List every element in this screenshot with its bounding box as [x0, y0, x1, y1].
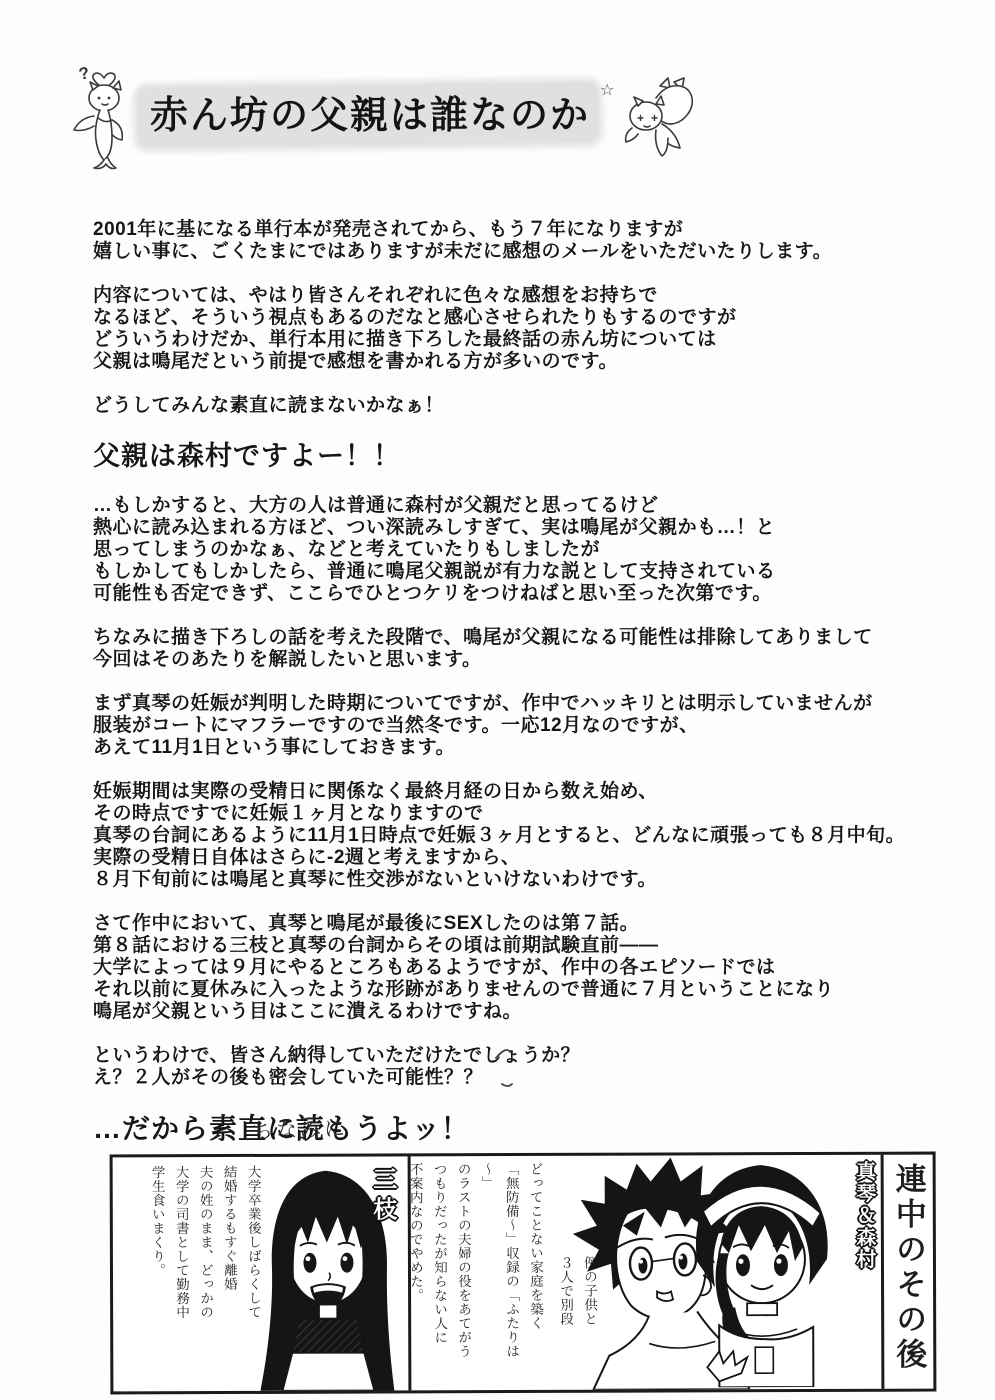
paragraph-timing: まず真琴の妊娠が判明した時期についてですが、作中でハッキリとは明示していませんが… — [93, 693, 973, 759]
page-title: 赤ん坊の父親は誰なのか — [150, 90, 610, 142]
lead-in-line: どうしてみんな素直に読まないかなぁ！ — [93, 395, 973, 417]
paragraph-conclusion: というわけで、皆さん納得していただけたでしょうか？ え？２人がその後も密会してい… — [93, 1045, 973, 1089]
saegusa-label: 三枝 — [365, 1166, 400, 1226]
closing-line: …だから素直に読もうよッ！ — [93, 1111, 973, 1147]
afterward-title-strip: 連中のその後 — [881, 1155, 934, 1389]
cupid-cat-left-icon — [64, 72, 140, 170]
saegusa-note: 大学卒業後しばらくして 結婚するもすぐ離婚 夫の姓のまま、どっかの 大学の司書と… — [119, 1165, 266, 1380]
cupid-cat-right-icon — [616, 76, 696, 172]
paragraph-premise: ちなみに描き下ろしの話を考えた段階で、鳴尾が父親になる可能性は排除してありまして… — [93, 627, 973, 671]
strip-title: 連中のその後 — [886, 1163, 932, 1373]
star-icon: ☆ — [600, 80, 614, 100]
bonus-comic-panel: 大学卒業後しばらくして 結婚するもすぐ離婚 夫の姓のまま、どっかの 大学の司書と… — [110, 1152, 937, 1395]
makoto-morimura-panel: どってことない家庭を築く 「無防備～」収録の「ふたりは～」 のラストの夫婦の役を… — [411, 1155, 882, 1391]
makoto-illustration — [663, 1157, 860, 1388]
sweat-mark-doodle-icon — [492, 1042, 518, 1094]
saegusa-panel: 大学卒業後しばらくして 結婚するもすぐ離婚 夫の姓のまま、どっかの 大学の司書と… — [113, 1156, 412, 1391]
paragraph-episode-evidence: さて作中において、真琴と鳴尾が最後にSEXしたのは第７話。 第８話における三枝と… — [93, 913, 973, 1023]
doujin-afterword-page: 赤ん坊の父親は誰なのか ? ☆ — [0, 0, 995, 1400]
paragraph-speculation: …もしかすると、大方の人は普通に森村が父親だと思ってるけど 熱心に読み込まれる方… — [93, 495, 973, 605]
makoto-morimura-label: 真琴＆森村 — [850, 1161, 879, 1271]
paragraph-intro: 2001年に基になる単行本が発売されてから、もう７年になりますが 嬉しい事に、ご… — [93, 219, 973, 263]
afterword-text: 2001年に基になる単行本が発売されてから、もう７年になりますが 嬉しい事に、ご… — [93, 197, 973, 1169]
makoto-note-main: どってことない家庭を築く 「無防備～」収録の「ふたりは～」 のラストの夫婦の役を… — [419, 1162, 548, 1384]
paragraph-feedback: 内容については、やはり皆さんそれぞれに色々な感想をお持ちで なるほど、そういう視… — [93, 285, 973, 373]
chinamini-caption: ちなみに — [252, 1112, 349, 1145]
paragraph-pregnancy-math: 妊娠期間は実際の受精日に関係なく最終月経の日から数え始め、 その時点ですでに妊娠… — [93, 781, 973, 891]
emphasis-line-father-is-morimura: 父親は森村ですよー！！ — [93, 439, 973, 473]
